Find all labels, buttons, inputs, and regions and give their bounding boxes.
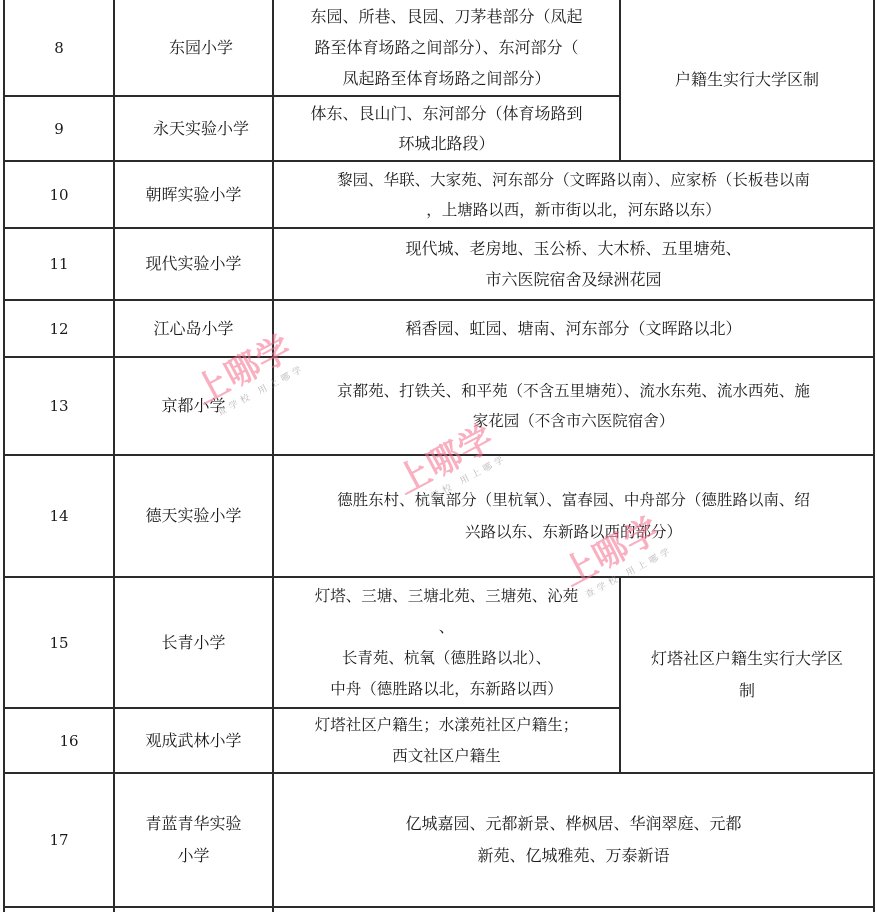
row-number: 13 <box>5 358 113 454</box>
row-number-text: 15 <box>49 627 68 659</box>
area-line: 黎园、华联、大家苑、河东部分（文晖路以南）、应家桥（长板巷以南 <box>337 165 810 195</box>
row-number: 14 <box>5 456 113 576</box>
enrollment-area: 现代城、老房地、玉公桥、大木桥、五里塘苑、 市六医院宿舍及绿洲花园 <box>274 229 873 299</box>
enrollment-area: 东园、所巷、艮园、刀茅巷部分（凤起 路至体育场路之间部分）、东河部分（ 凤起路至… <box>274 0 619 95</box>
school-name: 永天实验小学 <box>130 97 272 160</box>
school-name-text: 德天实验小学 <box>145 500 241 532</box>
area-line: ，上塘路以西，新市街以北，河东路以东） <box>426 195 721 225</box>
school-name-text: 永天实验小学 <box>153 113 249 145</box>
row-number: 9 <box>5 97 113 160</box>
enrollment-note: 户籍生实行大学区制 <box>621 0 873 160</box>
school-name: 京都小学 <box>115 358 272 454</box>
row-number-text: 17 <box>49 824 68 856</box>
area-line: 、 <box>439 612 455 643</box>
area-line: 东园、所巷、艮园、刀茅巷部分（凤起 <box>310 1 582 32</box>
area-line: 环城北路段） <box>398 129 494 159</box>
row-number-text: 13 <box>49 390 68 422</box>
area-line: 灯塔社区户籍生；水漾苑社区户籍生； <box>315 710 579 741</box>
row-number-text: 14 <box>49 500 68 532</box>
row-number-text: 8 <box>54 32 64 64</box>
row-number: 10 <box>5 162 113 227</box>
table-border-right <box>873 0 875 912</box>
school-name-text: 现代实验小学 <box>145 248 241 280</box>
note-text: 制 <box>739 675 755 707</box>
row-number: 11 <box>5 229 113 299</box>
enrollment-area: 京都苑、打铁关、和平苑（不含五里塘苑）、流水东苑、流水西苑、施 家花园（不含市六… <box>274 358 873 454</box>
enrollment-note: 灯塔社区户籍生实行大学区 制 <box>621 578 873 772</box>
area-line: 德胜东村、杭氧部分（里杭氧）、富春园、中舟部分（德胜路以南、绍 <box>337 484 810 516</box>
school-name-text: 朝晖实验小学 <box>145 179 241 211</box>
row-number-text: 11 <box>49 248 68 280</box>
school-name-text: 小学 <box>177 840 209 872</box>
row-number: 8 <box>5 0 113 95</box>
row-number: 16 <box>15 709 123 772</box>
area-line: 现代城、老房地、玉公桥、大木桥、五里塘苑、 <box>405 233 741 264</box>
school-name: 江心岛小学 <box>115 301 272 356</box>
area-line: 亿城嘉园、元都新景、桦枫居、华润翠庭、元都 <box>405 808 741 840</box>
row-number: 12 <box>5 301 113 356</box>
area-line: 市六医院宿舍及绿洲花园 <box>485 264 661 295</box>
area-line: 体东、艮山门、东河部分（体育场路到 <box>310 99 582 129</box>
school-name: 德天实验小学 <box>115 456 272 576</box>
school-name: 观成武林小学 <box>115 709 272 772</box>
note-text: 灯塔社区户籍生实行大学区 <box>651 643 843 675</box>
enrollment-area: 亿城嘉园、元都新景、桦枫居、华润翠庭、元都 新苑、亿城雅苑、万泰新语 <box>274 774 873 906</box>
area-line: 长青苑、杭氧（德胜路以北）、 <box>342 643 551 674</box>
school-name: 东园小学 <box>130 0 272 95</box>
area-line: 兴路以东、东新路以西的部分） <box>465 516 682 548</box>
row-number-text: 16 <box>59 725 78 757</box>
school-name-text: 长青小学 <box>161 627 225 659</box>
area-line: 家花园（不含市六医院宿舍） <box>473 406 675 436</box>
school-name-text: 东园小学 <box>169 32 233 64</box>
school-name: 朝晖实验小学 <box>115 162 272 227</box>
area-line: 西文社区户籍生 <box>392 741 501 772</box>
area-line: 凤起路至体育场路之间部分） <box>342 63 550 94</box>
row-number: 15 <box>5 578 113 707</box>
enrollment-area: 稻香园、虹园、塘南、河东部分（文晖路以北） <box>274 301 873 356</box>
row-number-text: 10 <box>49 179 68 211</box>
school-name: 长青小学 <box>115 578 272 707</box>
enrollment-area: 黎园、华联、大家苑、河东部分（文晖路以南）、应家桥（长板巷以南 ，上塘路以西，新… <box>274 162 873 227</box>
enrollment-area: 灯塔社区户籍生；水漾苑社区户籍生； 西文社区户籍生 <box>274 709 619 772</box>
enrollment-area: 灯塔、三塘、三塘北苑、三塘苑、沁苑 、 长青苑、杭氧（德胜路以北）、 中舟（德胜… <box>274 578 619 707</box>
school-name-text: 江心岛小学 <box>153 313 233 345</box>
row-divider <box>3 906 875 908</box>
note-text: 户籍生实行大学区制 <box>675 64 819 96</box>
school-name-text: 京都小学 <box>161 390 225 422</box>
enrollment-area: 体东、艮山门、东河部分（体育场路到 环城北路段） <box>274 97 619 160</box>
row-number-text: 9 <box>54 113 64 145</box>
area-line: 京都苑、打铁关、和平苑（不含五里塘苑）、流水东苑、流水西苑、施 <box>337 376 810 406</box>
area-line: 新苑、亿城雅苑、万泰新语 <box>477 840 669 872</box>
school-name: 青蓝青华实验 小学 <box>115 774 272 906</box>
area-line: 稻香园、虹园、塘南、河东部分（文晖路以北） <box>405 313 741 345</box>
school-name-text: 青蓝青华实验 <box>145 808 241 840</box>
area-line: 路至体育场路之间部分）、东河部分（ <box>314 32 578 63</box>
area-line: 中舟（德胜路以北，东新路以西） <box>330 674 563 705</box>
row-number: 17 <box>5 774 113 906</box>
enrollment-area: 德胜东村、杭氧部分（里杭氧）、富春园、中舟部分（德胜路以南、绍 兴路以东、东新路… <box>274 456 873 576</box>
school-name: 现代实验小学 <box>115 229 272 299</box>
school-name-text: 观成武林小学 <box>145 725 241 757</box>
row-number-text: 12 <box>49 313 68 345</box>
area-line: 灯塔、三塘、三塘北苑、三塘苑、沁苑 <box>315 581 579 612</box>
